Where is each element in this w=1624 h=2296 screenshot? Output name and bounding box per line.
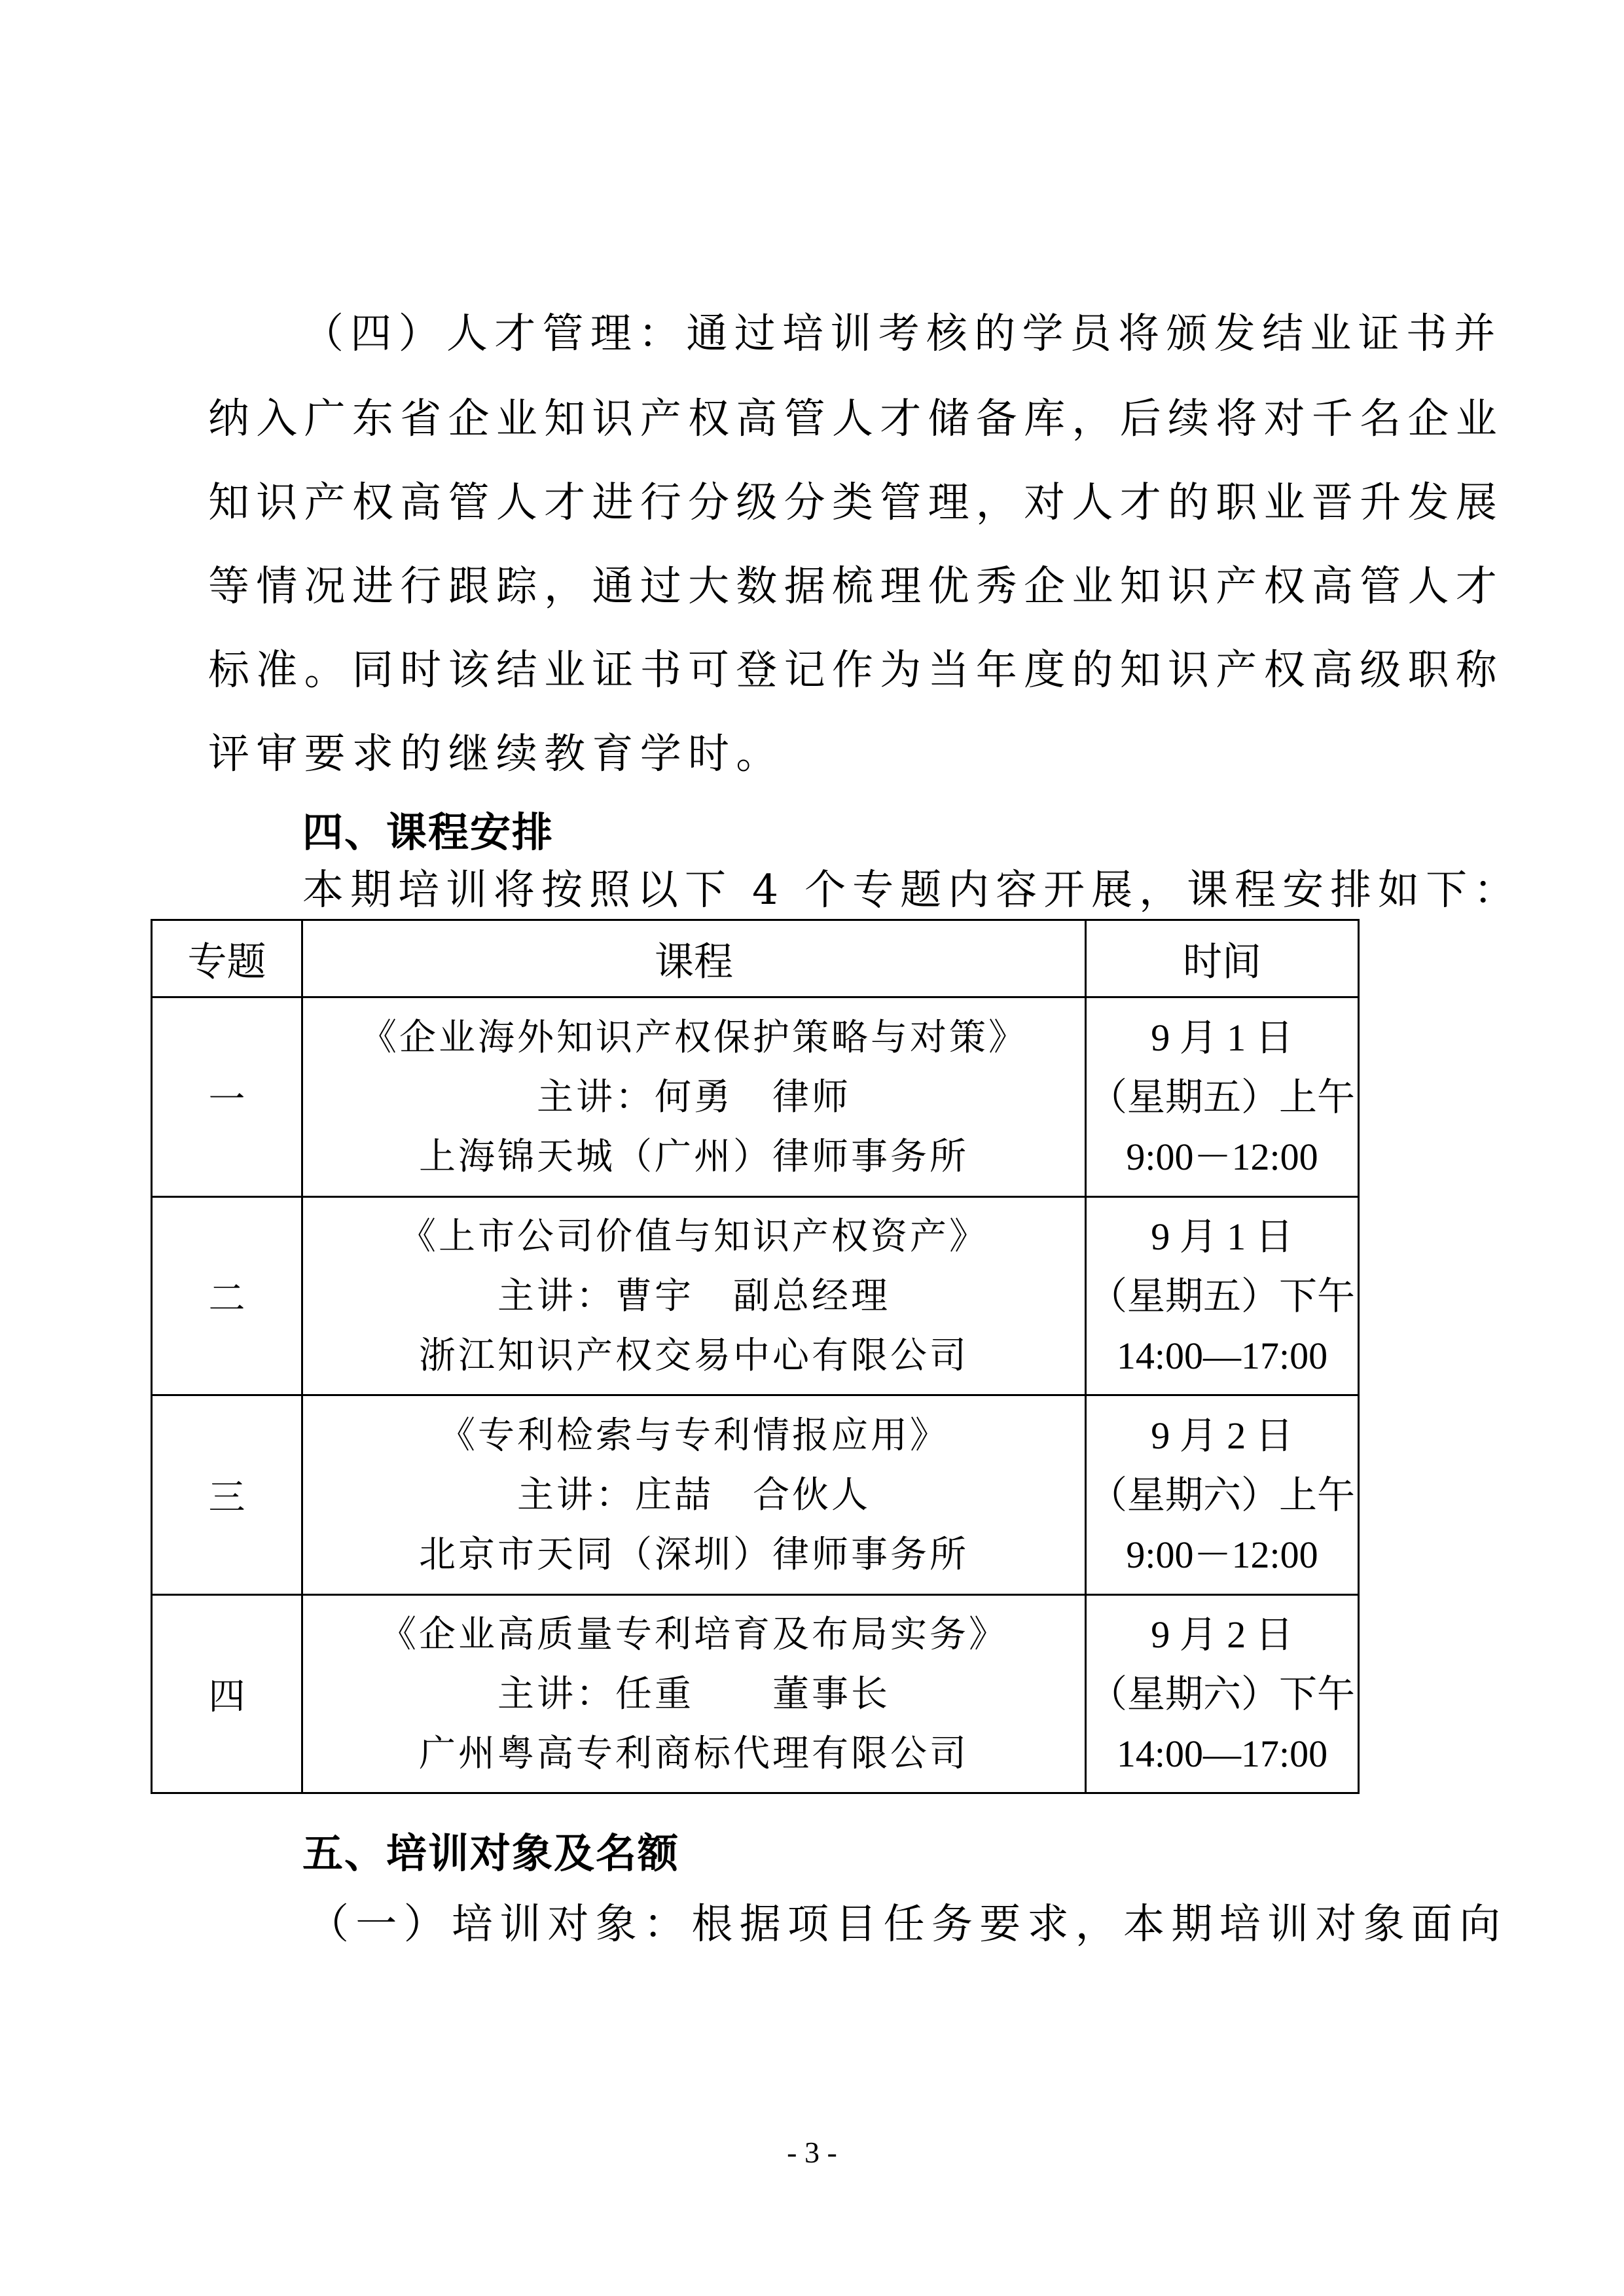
- course-schedule-table: 专题 课程 时间 一 《企业海外知识产权保护策略与对策》 主讲：何勇 律师 上海…: [151, 919, 1360, 1794]
- session-period: （星期六）上午: [1087, 1465, 1358, 1525]
- course-cell: 《企业海外知识产权保护策略与对策》 主讲：何勇 律师 上海锦天城（广州）律师事务…: [302, 997, 1086, 1197]
- course-cell: 《专利检索与专利情报应用》 主讲：庄喆 合伙人 北京市天同（深圳）律师事务所: [302, 1395, 1086, 1595]
- time-cell: 9 月 2 日 （星期六）下午 14:00—17:00: [1086, 1595, 1359, 1793]
- header-topic: 专题: [152, 920, 302, 997]
- course-speaker: 主讲：何勇 律师: [303, 1067, 1085, 1127]
- session-date: 9 月 2 日: [1087, 1605, 1358, 1664]
- session-date: 9 月 1 日: [1087, 1207, 1358, 1266]
- course-speaker: 主讲：庄喆 合伙人: [303, 1465, 1085, 1525]
- table-row: 四 《企业高质量专利培育及布局实务》 主讲：任重 董事长 广州粤高专利商标代理有…: [152, 1595, 1359, 1793]
- session-hours: 14:00—17:00: [1087, 1326, 1358, 1386]
- course-intro-text: 本期培训将按照以下 4 个专题内容开展，课程安排如下：: [302, 864, 1521, 916]
- topic-cell: 二: [152, 1197, 302, 1395]
- session-hours: 14:00—17:00: [1087, 1724, 1358, 1784]
- topic-cell: 三: [152, 1395, 302, 1595]
- paragraph-line: 评审要求的继续教育学时。: [208, 728, 784, 780]
- header-time: 时间: [1086, 920, 1359, 997]
- course-cell: 《企业高质量专利培育及布局实务》 主讲：任重 董事长 广州粤高专利商标代理有限公…: [302, 1595, 1086, 1793]
- time-cell: 9 月 1 日 （星期五）下午 14:00—17:00: [1086, 1197, 1359, 1395]
- table-row: 三 《专利检索与专利情报应用》 主讲：庄喆 合伙人 北京市天同（深圳）律师事务所…: [152, 1395, 1359, 1595]
- session-date: 9 月 2 日: [1087, 1406, 1358, 1465]
- paragraph-line: 等情况进行跟踪，通过大数据梳理优秀企业知识产权高管人才: [208, 560, 1504, 613]
- session-period: （星期六）下午: [1087, 1664, 1358, 1724]
- table-header-row: 专题 课程 时间: [152, 920, 1359, 997]
- topic-cell: 四: [152, 1595, 302, 1793]
- course-speaker: 主讲：曹宇 副总经理: [303, 1266, 1085, 1326]
- course-organization: 上海锦天城（广州）律师事务所: [303, 1127, 1085, 1187]
- time-cell: 9 月 1 日 （星期五）上午 9:00－12:00: [1086, 997, 1359, 1197]
- course-title: 《企业海外知识产权保护策略与对策》: [303, 1008, 1085, 1067]
- trainee-paragraph-line: （一）培训对象：根据项目任务要求，本期培训对象面向: [308, 1898, 1507, 1950]
- course-organization: 北京市天同（深圳）律师事务所: [303, 1525, 1085, 1585]
- page-number: - 3 -: [0, 2135, 1624, 2170]
- section-heading-course-schedule: 四、课程安排: [302, 806, 554, 859]
- paragraph-line: 标准。同时该结业证书可登记作为当年度的知识产权高级职称: [208, 644, 1504, 696]
- course-speaker: 主讲：任重 董事长: [303, 1664, 1085, 1724]
- paragraph-line: （四）人才管理：通过培训考核的学员将颁发结业证书并: [302, 308, 1502, 360]
- session-hours: 9:00－12:00: [1087, 1127, 1358, 1187]
- session-date: 9 月 1 日: [1087, 1008, 1358, 1067]
- course-title: 《企业高质量专利培育及布局实务》: [303, 1605, 1085, 1664]
- course-cell: 《上市公司价值与知识产权资产》 主讲：曹宇 副总经理 浙江知识产权交易中心有限公…: [302, 1197, 1086, 1395]
- course-title: 《上市公司价值与知识产权资产》: [303, 1207, 1085, 1266]
- section-heading-trainees: 五、培训对象及名额: [302, 1827, 679, 1880]
- session-period: （星期五）下午: [1087, 1266, 1358, 1326]
- course-title: 《专利检索与专利情报应用》: [303, 1406, 1085, 1465]
- session-hours: 9:00－12:00: [1087, 1525, 1358, 1585]
- session-period: （星期五）上午: [1087, 1067, 1358, 1127]
- paragraph-line: 纳入广东省企业知识产权高管人才储备库，后续将对千名企业: [208, 393, 1504, 445]
- table-row: 一 《企业海外知识产权保护策略与对策》 主讲：何勇 律师 上海锦天城（广州）律师…: [152, 997, 1359, 1197]
- header-course: 课程: [302, 920, 1086, 997]
- topic-cell: 一: [152, 997, 302, 1197]
- time-cell: 9 月 2 日 （星期六）上午 9:00－12:00: [1086, 1395, 1359, 1595]
- paragraph-line: 知识产权高管人才进行分级分类管理，对人才的职业晋升发展: [208, 476, 1504, 529]
- course-organization: 广州粤高专利商标代理有限公司: [303, 1724, 1085, 1784]
- course-organization: 浙江知识产权交易中心有限公司: [303, 1326, 1085, 1386]
- table-row: 二 《上市公司价值与知识产权资产》 主讲：曹宇 副总经理 浙江知识产权交易中心有…: [152, 1197, 1359, 1395]
